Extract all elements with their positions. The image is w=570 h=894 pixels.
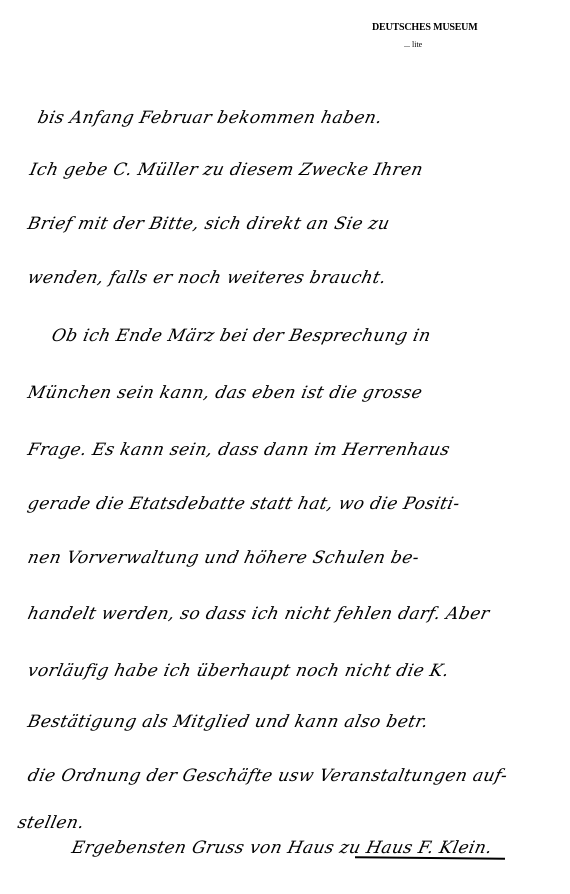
- letter-line: Bestätigung als Mitglied und kann also b…: [26, 712, 430, 732]
- museum-stamp: DEUTSCHES MUSEUM: [372, 22, 477, 33]
- letter-closing-signature: Ergebensten Gruss von Haus zu Haus F. Kl…: [70, 838, 494, 858]
- letter-line: bis Anfang Februar bekommen haben.: [36, 108, 384, 128]
- letter-line: Frage. Es kann sein, dass dann im Herren…: [26, 440, 452, 460]
- letter-line: stellen.: [16, 813, 86, 833]
- letter-line: Brief mit der Bitte, sich direkt an Sie …: [26, 214, 392, 234]
- letter-line: Ob ich Ende März bei der Besprechung in: [50, 326, 433, 346]
- letter-line: die Ordnung der Geschäfte usw Veranstalt…: [26, 766, 509, 786]
- letter-line: Ich gebe C. Müller zu diesem Zwecke Ihre…: [28, 160, 425, 180]
- signature-underline: [355, 856, 505, 859]
- letter-line: vorläufig habe ich überhaupt noch nicht …: [26, 661, 451, 681]
- letter-line: handelt werden, so dass ich nicht fehlen…: [26, 604, 492, 624]
- letter-line: gerade die Etatsdebatte statt hat, wo di…: [26, 494, 462, 514]
- letter-line: München sein kann, das eben ist die gros…: [26, 383, 424, 403]
- letter-line: wenden, falls er noch weiteres braucht.: [26, 268, 388, 288]
- letter-line: nen Vorverwaltung und höhere Schulen be-: [26, 548, 421, 568]
- stamp-subtext: ... lite: [404, 40, 422, 49]
